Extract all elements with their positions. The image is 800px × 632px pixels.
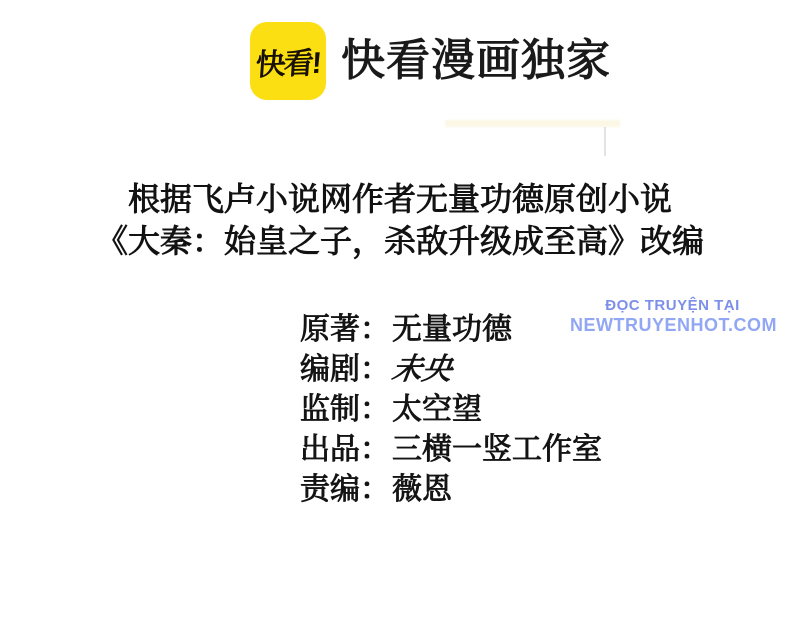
adaptation-notice: 根据飞卢小说网作者无量功德原创小说 《大秦：始皇之子，杀敌升级成至高》改编	[0, 178, 800, 262]
credit-row-editor: 责编：薇恩	[300, 470, 602, 510]
credit-value: 未央	[389, 350, 455, 390]
credit-label: 监制：	[300, 393, 390, 426]
credits-list: 原著：无量功德 编剧：未央 监制：太空望 出品：三横一竖工作室 责编：薇恩	[300, 310, 602, 510]
erased-watermark-line	[604, 127, 606, 156]
brand-title: 快看漫画独家	[341, 39, 611, 83]
credit-row-screenwriter: 编剧：未央	[300, 350, 602, 390]
credit-label: 编剧：	[300, 353, 390, 386]
credit-label: 责编：	[300, 473, 390, 506]
kuaikan-logo-icon: 快看!	[250, 22, 326, 100]
brand-header: 快看! 快看漫画独家	[250, 22, 611, 100]
credit-value: 太空望	[392, 393, 482, 426]
credit-value: 无量功德	[392, 313, 512, 346]
credit-row-supervisor: 监制：太空望	[300, 390, 602, 430]
credit-label: 出品：	[300, 433, 390, 466]
credit-label: 原著：	[300, 313, 390, 346]
credit-value: 三横一竖工作室	[392, 433, 602, 466]
adaptation-notice-line-1: 根据飞卢小说网作者无量功德原创小说	[0, 178, 800, 220]
credit-row-original-author: 原著：无量功德	[300, 310, 602, 350]
comic-credits-page: 快看! 快看漫画独家 根据飞卢小说网作者无量功德原创小说 《大秦：始皇之子，杀敌…	[0, 0, 800, 632]
erased-watermark-smudge	[445, 120, 620, 127]
kuaikan-logo-text: 快看!	[254, 38, 321, 84]
credit-row-producer: 出品：三横一竖工作室	[300, 430, 602, 470]
adaptation-notice-line-2: 《大秦：始皇之子，杀敌升级成至高》改编	[0, 220, 800, 262]
credit-value: 薇恩	[392, 473, 452, 506]
